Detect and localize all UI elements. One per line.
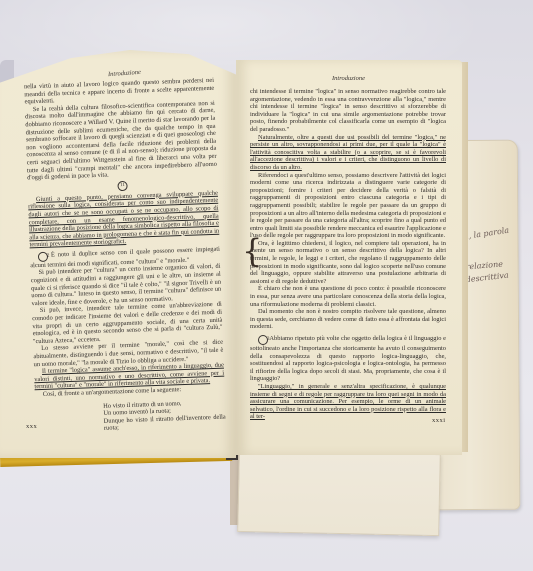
margin-brace-mark: { <box>242 235 262 267</box>
handwritten-note-line: h, la parola <box>463 226 510 243</box>
paragraph-underlined: Giunti a questo punto, pensiamo convenga… <box>28 189 220 249</box>
handwritten-note-line: descrittiva <box>465 271 509 286</box>
circled-number-mark: 11 <box>117 181 127 191</box>
left-page-text: nella virtù in aiuto al lavoro logico qu… <box>24 77 226 435</box>
paragraph-text: Abbiamo ripetuto più volte che oggetto d… <box>250 335 446 382</box>
circled-number-mark: 2 <box>38 252 48 262</box>
running-head: Introduzione <box>108 69 141 78</box>
handwritten-note-line: relazione <box>465 260 503 273</box>
paragraph: Si può, invece, intendere tale termine c… <box>32 301 223 346</box>
paragraph: Riferendoci a quest'ultimo senso, possia… <box>250 172 446 240</box>
paragraph: 3 Abbiamo ripetuto più volte che oggetto… <box>250 335 446 383</box>
right-page-text: chi intendesse il termine "logica" in se… <box>250 88 446 421</box>
page-number: xxxi <box>432 417 446 424</box>
running-head: Introduzione <box>332 75 365 82</box>
left-page: Introduzione nella virtù in aiuto al lav… <box>0 50 236 458</box>
right-page: Introduzione chi intendesse il termine "… <box>236 60 462 455</box>
paragraph: Se la realtà della cultura filosofico-sc… <box>25 100 218 183</box>
paragraph: Si può intendere per "cultura" un certo … <box>30 263 221 308</box>
paragraph-underlined: Naturalmente, oltre a questi due usi pos… <box>250 134 446 172</box>
page-number: xxx <box>26 423 37 430</box>
paragraph: Dal momento che non è nostro compito ris… <box>250 308 446 331</box>
circled-number-mark: 3 <box>258 335 268 345</box>
loose-card <box>237 450 441 536</box>
paragraph: Ora, è legittimo chiedersi, il logico, n… <box>250 240 446 286</box>
paragraph: È chiaro che non è una questione di poco… <box>250 285 446 308</box>
paragraph: chi intendesse il termine "logica" in se… <box>250 88 446 134</box>
paragraph-underlined: "Linguaggio," in generale e senz'altra s… <box>250 383 446 421</box>
verse-line: Dunque ho visto il ritratto dell'invento… <box>104 413 226 432</box>
verse-block: Ho visto il ritratto di un uomo, Un uomo… <box>103 398 226 433</box>
